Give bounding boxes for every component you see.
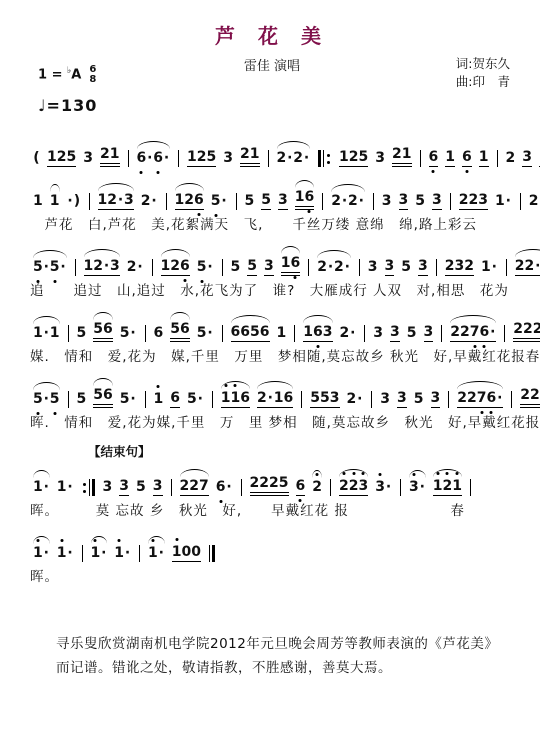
lyric-line: 追 追过 山,追过 水,花飞为了 谁? 大雁成行 人双 对,相思 花为	[30, 279, 514, 299]
sheet-music-page: 芦 花 美 1 = ♭A68 ♩=130 雷佳 演唱 词:贺东久 曲:印 青 (…	[0, 0, 540, 680]
music-system-5: 5·55565·165·1162·165532·33532276·2225212…	[30, 376, 514, 431]
note-group: 2·	[140, 193, 159, 210]
note-group: 2·	[346, 391, 365, 408]
note-group: 223	[458, 192, 489, 210]
note-group: 3	[389, 324, 401, 342]
barline	[504, 325, 505, 342]
music-system-2: 11·)12·32·1265·553162·2·33532231·21616 芦…	[30, 178, 514, 233]
note-group: 3	[384, 258, 396, 276]
barline	[128, 150, 129, 167]
note-group: 116	[220, 390, 251, 408]
note-group: 6	[461, 149, 473, 167]
note-group: 56	[92, 321, 114, 342]
barline	[145, 391, 146, 408]
note-group: 16	[294, 189, 316, 210]
note-group: 5·5	[32, 391, 61, 408]
lyric-line: 晖. 情和 爱,花为媒,千里 万 里 梦相 随,莫忘故乡 秋光 好,早戴红花报春	[30, 411, 514, 431]
key-tempo-block: 1 = ♭A68 ♩=130	[38, 65, 97, 115]
note-group: 3	[102, 479, 114, 496]
barline	[308, 259, 309, 276]
barline	[171, 479, 172, 496]
song-title: 芦 花 美	[30, 20, 514, 49]
note-group: 5	[76, 391, 88, 408]
note-group: 2276·	[456, 390, 504, 408]
notation-row: 5·55565·165·1162·165532·33532276·2225212	[30, 376, 514, 408]
note-group: 6	[428, 149, 440, 167]
note-group: 126	[174, 192, 205, 210]
footnote-line-2: 而记谱。错讹之处，敬请指教，不胜感谢，善莫大焉。	[56, 657, 504, 681]
note-group: 2276·	[449, 324, 497, 342]
note-group: 2225	[249, 475, 290, 496]
note-group: 5·	[186, 391, 205, 408]
barline	[506, 259, 507, 276]
barline	[400, 479, 401, 496]
note-group: 56	[92, 387, 114, 408]
note-group: 2·2·	[276, 150, 312, 167]
note-group: 6·	[215, 479, 234, 496]
note-group: 3·	[374, 479, 393, 496]
note-group: 223	[338, 478, 369, 496]
note-group: 12·3	[83, 258, 121, 276]
note-group: ·)	[66, 193, 82, 210]
ending-section-label: 【结束句】	[88, 442, 514, 460]
barline	[301, 391, 302, 408]
time-signature: 68	[89, 65, 96, 85]
note-group: 5·	[119, 391, 138, 408]
note-group: 12·3	[97, 192, 135, 210]
notation-row: 1·1·33532276·2225622233·3·121	[30, 464, 514, 496]
note-group: 6	[169, 390, 181, 408]
notation-row: 1·15565·6565·665611632·33532276·2223676	[30, 310, 514, 342]
note-group: 3	[152, 478, 164, 496]
note-group: 2225	[519, 387, 540, 408]
rep-begin-barline	[318, 150, 331, 167]
barline	[89, 193, 90, 210]
barline	[212, 391, 213, 408]
footnote: 寻乐叟欣赏湖南机电学院2012年元旦晚会周芳等教师表演的《芦花美》 而记谱。错讹…	[30, 633, 514, 680]
note-group: 22·3	[514, 258, 540, 276]
note-group: 5	[406, 325, 418, 342]
note-group: 5	[413, 391, 425, 408]
lyric-line: 晖。 莫 忘故 乡 秋光 好, 早戴红花 报 春	[30, 499, 514, 519]
note-group: 5	[400, 259, 412, 276]
note-group: 2·16	[256, 390, 294, 408]
barline	[152, 259, 153, 276]
notation-row: 1·1·1·1·1·100	[30, 530, 514, 562]
note-group: 3	[277, 192, 289, 210]
note-group: 5	[260, 192, 272, 210]
barline	[322, 193, 323, 210]
note-group: (	[32, 150, 41, 167]
performer-credit: 雷佳 演唱	[30, 55, 514, 74]
note-group: 21	[99, 146, 121, 167]
barline	[241, 479, 242, 496]
barline	[68, 325, 69, 342]
note-group: 5·	[210, 193, 229, 210]
notation-row: 5·5·12·32·1265·553162·2·33532321·22·3212	[30, 244, 514, 276]
barline	[68, 391, 69, 408]
barline	[82, 545, 83, 562]
barline	[511, 391, 512, 408]
note-group: 3	[381, 193, 393, 210]
note-group: 3	[374, 150, 386, 167]
music-system-1: (1253216·6·1253212·2·125321616123262	[30, 135, 514, 167]
music-system-3: 5·5·12·32·1265·553162·2·33532321·22·3212…	[30, 244, 514, 299]
lyricist-credit: 词:贺东久	[456, 55, 510, 73]
note-group: 125	[46, 149, 77, 167]
barline	[520, 193, 521, 210]
note-group: 5	[135, 479, 147, 496]
barline	[236, 193, 237, 210]
note-group: 1·	[147, 545, 166, 562]
note-group: 3	[398, 192, 410, 210]
note-group: 5	[246, 258, 258, 276]
final-barline	[209, 545, 215, 562]
note-group: 1	[49, 193, 61, 210]
note-group: 6656	[230, 324, 271, 342]
note-group: 3	[423, 324, 435, 342]
barline	[178, 150, 179, 167]
note-group: 2·	[339, 325, 358, 342]
note-group: 1	[478, 149, 490, 167]
note-group: 5	[414, 193, 426, 210]
note-group: 3	[222, 150, 234, 167]
barline	[268, 150, 269, 167]
notation-row: (1253216·6·1253212·2·125321616123262	[30, 135, 514, 167]
author-credits: 词:贺东久 曲:印 青	[456, 55, 510, 90]
barline	[373, 193, 374, 210]
note-group: 1·	[494, 193, 513, 210]
lyric-line: 芦花 白,芦花 美,花絮满天 飞, 千丝万缕 意绵 绵,路上彩云	[30, 213, 514, 233]
note-group: 6	[295, 478, 307, 496]
note-group: 1·1	[32, 325, 61, 342]
barline	[364, 325, 365, 342]
note-group: 21	[239, 146, 261, 167]
note-group: 5	[76, 325, 88, 342]
note-group: 5·	[196, 259, 215, 276]
barline	[222, 325, 223, 342]
barline	[497, 150, 498, 167]
note-group: 121	[432, 478, 463, 496]
note-group: 3	[430, 390, 442, 408]
note-group: 1	[153, 391, 165, 408]
note-group: 3	[379, 391, 391, 408]
note-group: 1	[444, 149, 456, 167]
key-letter: A	[71, 68, 81, 83]
note-group: 56	[169, 321, 191, 342]
note-group: 3	[263, 258, 275, 276]
note-group: 3	[431, 192, 443, 210]
note-group: 1	[32, 193, 44, 210]
barline	[441, 325, 442, 342]
note-group: 1·	[113, 545, 132, 562]
note-group: 2	[528, 193, 540, 210]
lyric-line: 晖。	[30, 565, 514, 585]
note-group: 3	[82, 150, 94, 167]
note-group: 5	[244, 193, 256, 210]
notation-row: 11·)12·32·1265·553162·2·33532231·21616	[30, 178, 514, 210]
note-group: 2	[311, 479, 323, 496]
barline	[139, 545, 140, 562]
barline	[448, 391, 449, 408]
note-group: 3·	[408, 479, 427, 496]
barline	[166, 193, 167, 210]
note-group: 3	[417, 258, 429, 276]
barline	[359, 259, 360, 276]
note-group: 3	[367, 259, 379, 276]
note-group: 2·2·	[330, 193, 366, 210]
note-group: 125	[338, 149, 369, 167]
note-group: 2223	[512, 321, 540, 342]
note-group: 125	[186, 149, 217, 167]
music-system-6: 1·1·33532276·2225622233·3·121晖。 莫 忘故 乡 秋…	[30, 464, 514, 519]
barline	[420, 150, 421, 167]
note-group: 3	[118, 478, 130, 496]
barline	[294, 325, 295, 342]
note-group: 2·2·	[316, 259, 352, 276]
note-group: 1·	[32, 479, 51, 496]
barline	[75, 259, 76, 276]
note-group: 232	[444, 258, 475, 276]
tempo-marking: ♩=130	[38, 96, 97, 115]
note-group: 16	[280, 255, 302, 276]
rep-end-barline	[82, 479, 95, 496]
note-group: 100	[171, 544, 202, 562]
note-group: 6	[153, 325, 165, 342]
note-group: 21	[391, 146, 413, 167]
note-group: 5·	[119, 325, 138, 342]
note-group: 5·5·	[32, 259, 68, 276]
note-group: 5·	[196, 325, 215, 342]
barline	[436, 259, 437, 276]
notation-area: (1253216·6·1253212·2·12532161612326211·)…	[30, 135, 514, 585]
note-group: 126	[160, 258, 191, 276]
note-group: 1·	[480, 259, 499, 276]
barline	[450, 193, 451, 210]
note-group: 163	[302, 324, 333, 342]
note-group: 2	[505, 150, 517, 167]
barline	[222, 259, 223, 276]
note-group: 1·	[90, 545, 109, 562]
barline	[330, 479, 331, 496]
meter-denominator: 8	[89, 75, 96, 85]
music-system-4: 1·15565·6565·665611632·33532276·2223676媒…	[30, 310, 514, 365]
composer-credit: 曲:印 青	[456, 73, 510, 91]
note-group: 3	[521, 149, 533, 167]
barline	[371, 391, 372, 408]
key-base: 1 =	[38, 68, 67, 83]
note-group: 3	[372, 325, 384, 342]
note-group: 553	[309, 390, 340, 408]
note-group: 1·	[56, 545, 75, 562]
barline	[470, 479, 471, 496]
key-signature: 1 = ♭A68	[38, 65, 97, 85]
note-group: 2·	[126, 259, 145, 276]
note-group: 1	[276, 325, 288, 342]
barline	[145, 325, 146, 342]
header-meta: 1 = ♭A68 ♩=130 雷佳 演唱 词:贺东久 曲:印 青	[30, 55, 514, 121]
note-group: 1·	[32, 545, 51, 562]
note-group: 1·	[56, 479, 75, 496]
music-system-7: 1·1·1·1·1·100晖。	[30, 530, 514, 585]
note-group: 6·6·	[136, 150, 172, 167]
note-group: 227	[179, 478, 210, 496]
note-group: 5	[230, 259, 242, 276]
footnote-line-1: 寻乐叟欣赏湖南机电学院2012年元旦晚会周芳等教师表演的《芦花美》	[56, 633, 504, 657]
note-group: 3	[396, 390, 408, 408]
lyric-line: 媒. 情和 爱,花为 媒,千里 万里 梦相随,莫忘故乡 秋光 好,早戴红花报春	[30, 345, 514, 365]
